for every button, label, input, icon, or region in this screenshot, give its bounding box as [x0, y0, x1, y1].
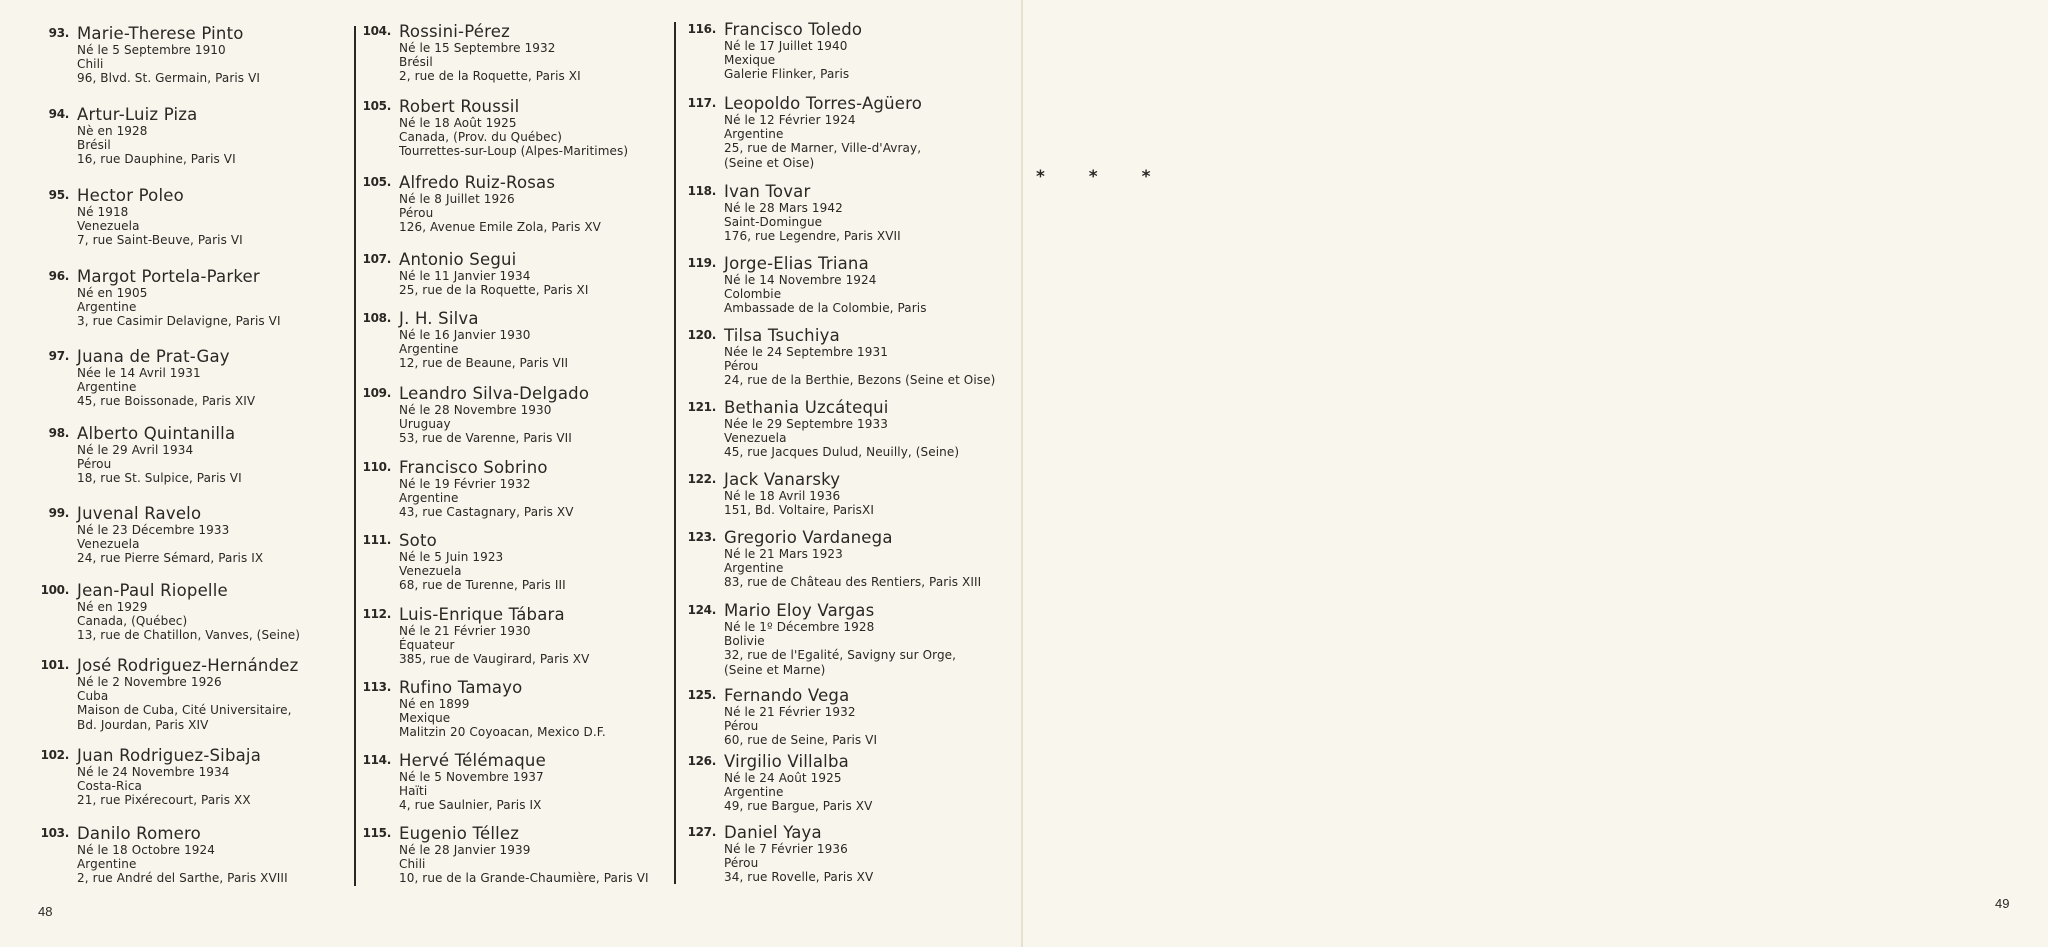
asterism-ornament: * * * — [1036, 167, 1170, 187]
artist-entry: 111. Soto Né le 5 Juin 1923 Venezuela 68… — [399, 531, 566, 593]
artist-name: Artur-Luiz Piza — [77, 105, 236, 124]
artist-entry: 125. Fernando Vega Né le 21 Février 1932… — [724, 686, 877, 748]
artist-entry: 123. Gregorio Vardanega Né le 21 Mars 19… — [724, 528, 981, 590]
address: (Seine et Marne) — [724, 663, 956, 677]
entry-number: 97. — [49, 349, 69, 363]
artist-name: Jean-Paul Riopelle — [77, 581, 300, 600]
birth-date: Né le 2 Novembre 1926 — [77, 675, 298, 689]
country: Costa-Rica — [77, 779, 261, 793]
entry-number: 119. — [688, 256, 716, 270]
entry-number: 108. — [363, 311, 391, 325]
address: 34, rue Rovelle, Paris XV — [724, 870, 873, 884]
birth-date: Né le 8 Juillet 1926 — [399, 192, 601, 206]
entry-number: 104. — [363, 24, 391, 38]
artist-name: Tilsa Tsuchiya — [724, 326, 995, 345]
artist-name: Eugenio Téllez — [399, 824, 649, 843]
address: 45, rue Boissonade, Paris XIV — [77, 394, 255, 408]
country: Uruguay — [399, 417, 589, 431]
artist-name: Luis-Enrique Tábara — [399, 605, 589, 624]
entry-number: 96. — [49, 269, 69, 283]
entry-number: 114. — [363, 753, 391, 767]
country: Chili — [77, 57, 260, 71]
country: Argentine — [77, 380, 255, 394]
country: Argentine — [724, 127, 922, 141]
artist-entry: 108. J. H. Silva Né le 16 Janvier 1930 A… — [399, 309, 568, 371]
artist-entry: 93. Marie-Therese Pinto Né le 5 Septembr… — [77, 24, 260, 86]
entry-number: 117. — [688, 96, 716, 110]
address: 18, rue St. Sulpice, Paris VI — [77, 471, 242, 485]
artist-name: Jorge-Elias Triana — [724, 254, 927, 273]
artist-entry: 115. Eugenio Téllez Né le 28 Janvier 193… — [399, 824, 649, 886]
country: Canada, (Prov. du Québec) — [399, 130, 628, 144]
artist-name: Robert Roussil — [399, 97, 628, 116]
address: 24, rue de la Berthie, Bezons (Seine et … — [724, 373, 995, 387]
entry-number: 120. — [688, 328, 716, 342]
birth-date: Né le 7 Février 1936 — [724, 842, 873, 856]
page-number-left: 48 — [38, 904, 52, 919]
artist-name: Juvenal Ravelo — [77, 504, 263, 523]
address: Tourrettes-sur-Loup (Alpes-Maritimes) — [399, 144, 628, 158]
artist-name: Danilo Romero — [77, 824, 288, 843]
birth-date: Née le 24 Septembre 1931 — [724, 345, 995, 359]
address: Maison de Cuba, Cité Universitaire, — [77, 703, 298, 717]
country: Chili — [399, 857, 649, 871]
entry-number: 105. — [363, 99, 391, 113]
address: 10, rue de la Grande-Chaumière, Paris VI — [399, 871, 649, 885]
artist-entry: 110. Francisco Sobrino Né le 19 Février … — [399, 458, 574, 520]
artist-entry: 124. Mario Eloy Vargas Né le 1º Décembre… — [724, 601, 956, 677]
artist-entry: 103. Danilo Romero Né le 18 Octobre 1924… — [77, 824, 288, 886]
artist-entry: 117. Leopoldo Torres-Agüero Né le 12 Fév… — [724, 94, 922, 170]
address: 2, rue André del Sarthe, Paris XVIII — [77, 871, 288, 885]
address: 45, rue Jacques Dulud, Neuilly, (Seine) — [724, 445, 959, 459]
artist-entry: 121. Bethania Uzcátequi Née le 29 Septem… — [724, 398, 959, 460]
artist-name: Bethania Uzcátequi — [724, 398, 959, 417]
artist-name: Rufino Tamayo — [399, 678, 606, 697]
column-divider-1 — [354, 26, 356, 886]
birth-date: Né 1918 — [77, 205, 243, 219]
address: 21, rue Pixérecourt, Paris XX — [77, 793, 261, 807]
address: 53, rue de Varenne, Paris VII — [399, 431, 589, 445]
artist-entry: 95. Hector Poleo Né 1918 Venezuela 7, ru… — [77, 186, 243, 248]
address: (Seine et Oise) — [724, 156, 922, 170]
column-divider-2 — [674, 22, 676, 884]
birth-date: Né le 1º Décembre 1928 — [724, 620, 956, 634]
birth-date: Né le 21 Février 1930 — [399, 624, 589, 638]
entry-number: 105. — [363, 175, 391, 189]
entry-number: 118. — [688, 184, 716, 198]
artist-name: Ivan Tovar — [724, 182, 901, 201]
country: Venezuela — [77, 219, 243, 233]
entry-number: 101. — [41, 658, 69, 672]
entry-number: 109. — [363, 386, 391, 400]
country: Canada, (Québec) — [77, 614, 300, 628]
artist-name: Hervé Télémaque — [399, 751, 546, 770]
artist-name: Leopoldo Torres-Agüero — [724, 94, 922, 113]
birth-date: Né le 29 Avril 1934 — [77, 443, 242, 457]
artist-entry: 112. Luis-Enrique Tábara Né le 21 Févrie… — [399, 605, 589, 667]
artist-entry: 102. Juan Rodriguez-Sibaja Né le 24 Nove… — [77, 746, 261, 808]
address: 96, Blvd. St. Germain, Paris VI — [77, 71, 260, 85]
artist-entry: 97. Juana de Prat-Gay Née le 14 Avril 19… — [77, 347, 255, 409]
country: Argentine — [77, 300, 281, 314]
artist-name: Alberto Quintanilla — [77, 424, 242, 443]
entry-number: 95. — [49, 188, 69, 202]
entry-number: 126. — [688, 754, 716, 768]
birth-date: Nè en 1928 — [77, 124, 236, 138]
birth-date: Né le 14 Novembre 1924 — [724, 273, 927, 287]
address: 126, Avenue Emile Zola, Paris XV — [399, 220, 601, 234]
birth-date: Né le 5 Novembre 1937 — [399, 770, 546, 784]
birth-date: Né en 1929 — [77, 600, 300, 614]
entry-number: 100. — [41, 583, 69, 597]
address: 43, rue Castagnary, Paris XV — [399, 505, 574, 519]
artist-entry: 126. Virgilio Villalba Né le 24 Août 192… — [724, 752, 872, 814]
address: 25, rue de la Roquette, Paris XI — [399, 283, 588, 297]
address: 151, Bd. Voltaire, ParisXI — [724, 503, 874, 517]
artist-name: J. H. Silva — [399, 309, 568, 328]
country: Saint-Domingue — [724, 215, 901, 229]
artist-name: Francisco Toledo — [724, 20, 862, 39]
country: Argentine — [724, 561, 981, 575]
country: Venezuela — [399, 564, 566, 578]
country: Cuba — [77, 689, 298, 703]
entry-number: 127. — [688, 825, 716, 839]
artist-name: Margot Portela-Parker — [77, 267, 281, 286]
book-gutter — [1021, 0, 1023, 947]
entry-number: 94. — [49, 107, 69, 121]
entry-number: 123. — [688, 530, 716, 544]
artist-name: Alfredo Ruiz-Rosas — [399, 173, 601, 192]
birth-date: Née le 14 Avril 1931 — [77, 366, 255, 380]
address: 16, rue Dauphine, Paris VI — [77, 152, 236, 166]
address: 385, rue de Vaugirard, Paris XV — [399, 652, 589, 666]
birth-date: Né en 1899 — [399, 697, 606, 711]
country: Pérou — [399, 206, 601, 220]
artist-entry: 113. Rufino Tamayo Né en 1899 Mexique Ma… — [399, 678, 606, 740]
address: 24, rue Pierre Sémard, Paris IX — [77, 551, 263, 565]
birth-date: Né le 28 Janvier 1939 — [399, 843, 649, 857]
artist-name: Antonio Segui — [399, 250, 588, 269]
country: Pérou — [724, 359, 995, 373]
artist-name: Rossini-Pérez — [399, 22, 581, 41]
artist-entry: 107. Antonio Segui Né le 11 Janvier 1934… — [399, 250, 588, 297]
country: Brésil — [77, 138, 236, 152]
country: Haïti — [399, 784, 546, 798]
entry-number: 124. — [688, 603, 716, 617]
birth-date: Né le 5 Septembre 1910 — [77, 43, 260, 57]
artist-entry: 116. Francisco Toledo Né le 17 Juillet 1… — [724, 20, 862, 82]
country: Argentine — [399, 491, 574, 505]
artist-name: Hector Poleo — [77, 186, 243, 205]
artist-entry: 104. Rossini-Pérez Né le 15 Septembre 19… — [399, 22, 581, 84]
address: 4, rue Saulnier, Paris IX — [399, 798, 546, 812]
birth-date: Né le 15 Septembre 1932 — [399, 41, 581, 55]
artist-entry: 119. Jorge-Elias Triana Né le 14 Novembr… — [724, 254, 927, 316]
artist-name: Leandro Silva-Delgado — [399, 384, 589, 403]
birth-date: Né le 5 Juin 1923 — [399, 550, 566, 564]
address: 13, rue de Chatillon, Vanves, (Seine) — [77, 628, 300, 642]
country: Argentine — [724, 785, 872, 799]
entry-number: 115. — [363, 826, 391, 840]
address: 32, rue de l'Egalité, Savigny sur Orge, — [724, 648, 956, 662]
address: 49, rue Bargue, Paris XV — [724, 799, 872, 813]
country: Argentine — [77, 857, 288, 871]
artist-name: Virgilio Villalba — [724, 752, 872, 771]
artist-name: Jack Vanarsky — [724, 470, 874, 489]
address: 25, rue de Marner, Ville-d'Avray, — [724, 141, 922, 155]
artist-name: Francisco Sobrino — [399, 458, 574, 477]
address: 68, rue de Turenne, Paris III — [399, 578, 566, 592]
artist-name: Fernando Vega — [724, 686, 877, 705]
entry-number: 93. — [49, 26, 69, 40]
artist-entry: 99. Juvenal Ravelo Né le 23 Décembre 193… — [77, 504, 263, 566]
address: 176, rue Legendre, Paris XVII — [724, 229, 901, 243]
birth-date: Né le 18 Avril 1936 — [724, 489, 874, 503]
address: 7, rue Saint-Beuve, Paris VI — [77, 233, 243, 247]
birth-date: Né le 18 Août 1925 — [399, 116, 628, 130]
entry-number: 99. — [49, 506, 69, 520]
address: Bd. Jourdan, Paris XIV — [77, 718, 298, 732]
artist-entry: 118. Ivan Tovar Né le 28 Mars 1942 Saint… — [724, 182, 901, 244]
address: Galerie Flinker, Paris — [724, 67, 862, 81]
artist-name: José Rodriguez-Hernández — [77, 656, 298, 675]
artist-name: Juan Rodriguez-Sibaja — [77, 746, 261, 765]
birth-date: Né le 11 Janvier 1934 — [399, 269, 588, 283]
country: Pérou — [724, 719, 877, 733]
address: 60, rue de Seine, Paris VI — [724, 733, 877, 747]
entry-number: 110. — [363, 460, 391, 474]
birth-date: Né le 24 Novembre 1934 — [77, 765, 261, 779]
country: Bolivie — [724, 634, 956, 648]
artist-entry: 100. Jean-Paul Riopelle Né en 1929 Canad… — [77, 581, 300, 643]
artist-entry: 109. Leandro Silva-Delgado Né le 28 Nove… — [399, 384, 589, 446]
birth-date: Né le 24 Août 1925 — [724, 771, 872, 785]
artist-name: Mario Eloy Vargas — [724, 601, 956, 620]
country: Pérou — [724, 856, 873, 870]
page-number-right: 49 — [1995, 896, 2009, 911]
country: Pérou — [77, 457, 242, 471]
artist-name: Daniel Yaya — [724, 823, 873, 842]
artist-name: Soto — [399, 531, 566, 550]
artist-entry: 98. Alberto Quintanilla Né le 29 Avril 1… — [77, 424, 242, 486]
birth-date: Né le 21 Février 1932 — [724, 705, 877, 719]
entry-number: 98. — [49, 426, 69, 440]
entry-number: 122. — [688, 472, 716, 486]
artist-entry: 105. Alfredo Ruiz-Rosas Né le 8 Juillet … — [399, 173, 601, 235]
entry-number: 125. — [688, 688, 716, 702]
birth-date: Né le 18 Octobre 1924 — [77, 843, 288, 857]
entry-number: 112. — [363, 607, 391, 621]
country: Mexique — [724, 53, 862, 67]
country: Colombie — [724, 287, 927, 301]
birth-date: Né le 12 Février 1924 — [724, 113, 922, 127]
artist-name: Juana de Prat-Gay — [77, 347, 255, 366]
address: Ambassade de la Colombie, Paris — [724, 301, 927, 315]
artist-entry: 105. Robert Roussil Né le 18 Août 1925 C… — [399, 97, 628, 159]
entry-number: 113. — [363, 680, 391, 694]
entry-number: 102. — [41, 748, 69, 762]
entry-number: 116. — [688, 22, 716, 36]
entry-number: 121. — [688, 400, 716, 414]
birth-date: Né le 19 Février 1932 — [399, 477, 574, 491]
country: Venezuela — [724, 431, 959, 445]
birth-date: Née le 29 Septembre 1933 — [724, 417, 959, 431]
country: Mexique — [399, 711, 606, 725]
birth-date: Né le 17 Juillet 1940 — [724, 39, 862, 53]
country: Argentine — [399, 342, 568, 356]
birth-date: Né le 16 Janvier 1930 — [399, 328, 568, 342]
birth-date: Né le 28 Novembre 1930 — [399, 403, 589, 417]
entry-number: 107. — [363, 252, 391, 266]
artist-name: Marie-Therese Pinto — [77, 24, 260, 43]
country: Venezuela — [77, 537, 263, 551]
birth-date: Né le 28 Mars 1942 — [724, 201, 901, 215]
address: Malitzin 20 Coyoacan, Mexico D.F. — [399, 725, 606, 739]
birth-date: Né le 21 Mars 1923 — [724, 547, 981, 561]
address: 3, rue Casimir Delavigne, Paris VI — [77, 314, 281, 328]
address: 12, rue de Beaune, Paris VII — [399, 356, 568, 370]
artist-entry: 96. Margot Portela-Parker Né en 1905 Arg… — [77, 267, 281, 329]
artist-entry: 127. Daniel Yaya Né le 7 Février 1936 Pé… — [724, 823, 873, 885]
country: Équateur — [399, 638, 589, 652]
artist-name: Gregorio Vardanega — [724, 528, 981, 547]
entry-number: 103. — [41, 826, 69, 840]
artist-entry: 114. Hervé Télémaque Né le 5 Novembre 19… — [399, 751, 546, 813]
country: Brésil — [399, 55, 581, 69]
address: 83, rue de Château des Rentiers, Paris X… — [724, 575, 981, 589]
artist-entry: 94. Artur-Luiz Piza Nè en 1928 Brésil 16… — [77, 105, 236, 167]
entry-number: 111. — [363, 533, 391, 547]
artist-entry: 120. Tilsa Tsuchiya Née le 24 Septembre … — [724, 326, 995, 388]
birth-date: Né le 23 Décembre 1933 — [77, 523, 263, 537]
artist-entry: 101. José Rodriguez-Hernández Né le 2 No… — [77, 656, 298, 732]
address: 2, rue de la Roquette, Paris XI — [399, 69, 581, 83]
artist-entry: 122. Jack Vanarsky Né le 18 Avril 1936 1… — [724, 470, 874, 517]
right-page — [1022, 0, 2048, 947]
birth-date: Né en 1905 — [77, 286, 281, 300]
